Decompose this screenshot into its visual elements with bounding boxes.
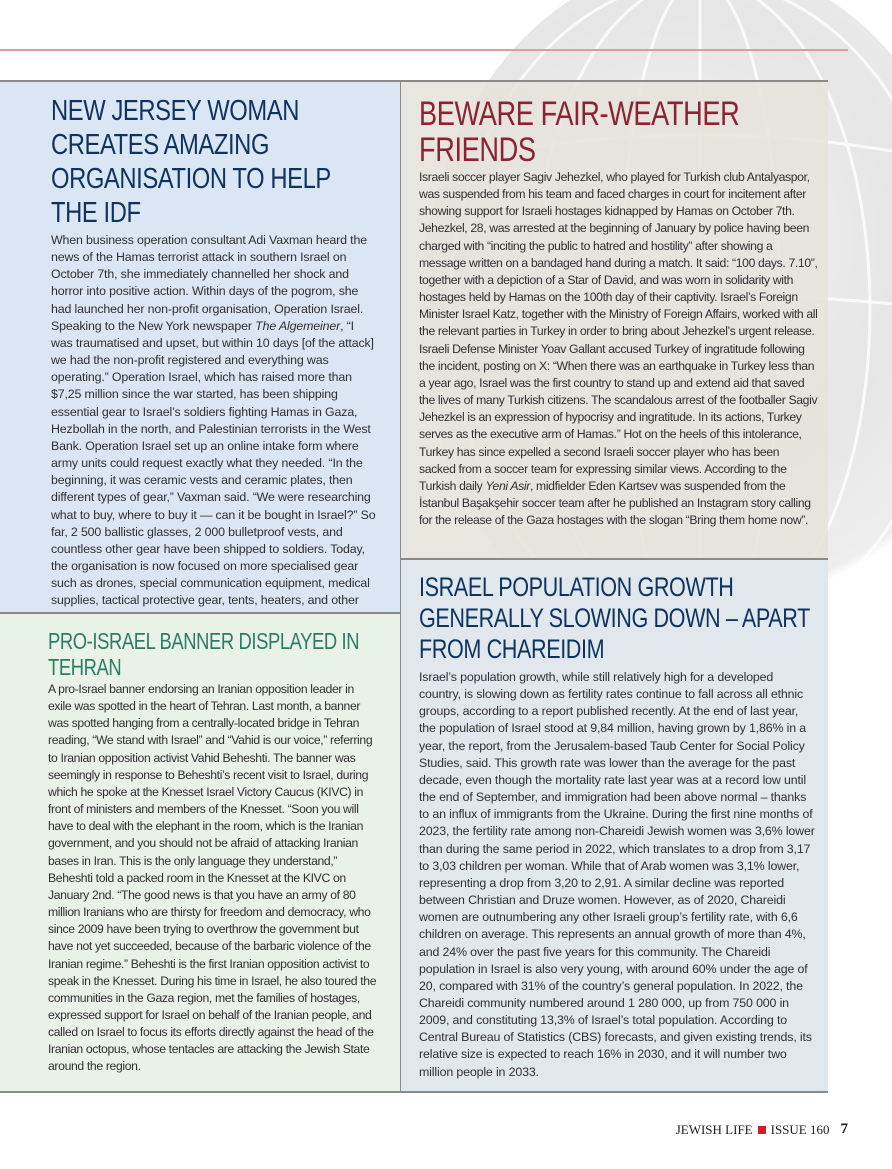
page-number: 7 <box>841 1121 849 1138</box>
article-new-jersey: NEW JERSEY WOMAN CREATES AMAZING ORGANIS… <box>0 80 400 612</box>
article-title: BEWARE FAIR-WEATHER FRIENDS <box>419 96 818 168</box>
article-title: NEW JERSEY WOMAN CREATES AMAZING ORGANIS… <box>51 94 376 230</box>
article-population-growth: ISRAEL POPULATION GROWTH GENERALLY SLOWI… <box>400 558 828 1092</box>
article-body: Israel’s population growth, while still … <box>419 669 818 1081</box>
red-square-icon <box>758 1126 766 1134</box>
footer-rule <box>0 1091 828 1093</box>
publication-name: The Algemeiner <box>255 319 340 333</box>
article-body: When business operation consultant Adi V… <box>51 232 376 627</box>
article-body: A pro-Israel banner endorsing an Iranian… <box>48 681 380 1076</box>
header-rule <box>0 49 848 51</box>
article-body: Israeli soccer player Sagiv Jehezkel, wh… <box>419 169 818 529</box>
page-footer: JEWISH LIFE ISSUE 160 7 <box>676 1121 848 1138</box>
issue-number: ISSUE 160 <box>771 1122 830 1138</box>
publication-name: Yeni Asir <box>485 479 530 493</box>
article-fair-weather-friends: BEWARE FAIR-WEATHER FRIENDS Israeli socc… <box>400 80 828 558</box>
article-tehran-banner: PRO-ISRAEL BANNER DISPLAYED IN TEHRAN A … <box>0 612 400 1092</box>
article-title: ISRAEL POPULATION GROWTH GENERALLY SLOWI… <box>419 572 818 665</box>
publication-title: JEWISH LIFE <box>676 1122 753 1138</box>
article-title: PRO-ISRAEL BANNER DISPLAYED IN TEHRAN <box>48 628 380 680</box>
